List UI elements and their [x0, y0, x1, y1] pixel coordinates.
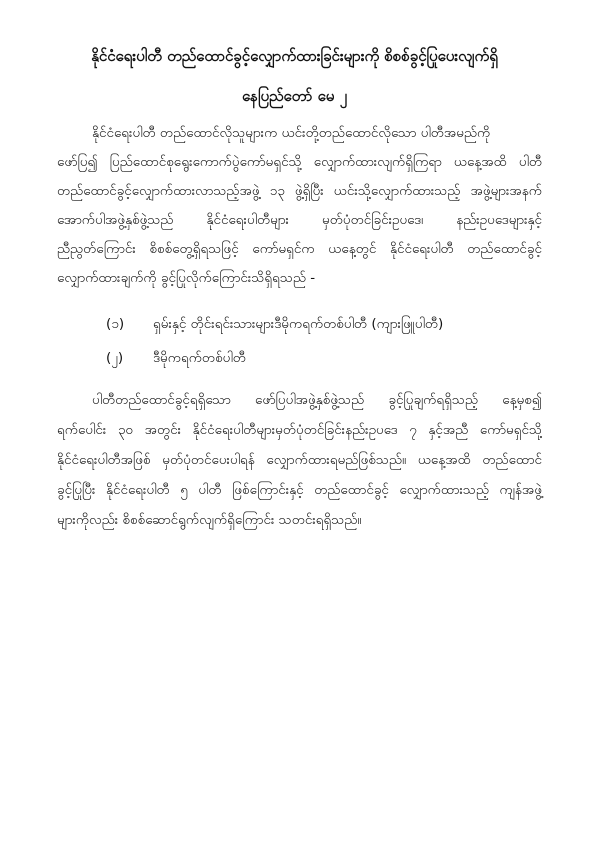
paragraph-line: ရက်ပေါင်း ၃၀ အတွင်း နိုင်ငံရေးပါတီများမှ… — [57, 420, 542, 440]
paragraph-line: တည်ထောင်ခွင့်လျှောက်ထားလာသည့်အဖွဲ့ ၁၃ ဖွ… — [57, 181, 542, 201]
paragraph-line: ခွင့်ပြုပြီး နိုင်ငံရေးပါတီ ၅ ပါတီ ဖြစ်က… — [57, 480, 542, 500]
paragraph-line: နိုင်ငံရေးပါတီ တည်ထောင်လိုသူများက ယင်းတိ… — [92, 123, 490, 143]
paragraph-line: နိုင်ငံရေးပါတီအဖြစ် မှတ်ပုံတင်ပေးပါရန် လ… — [57, 450, 542, 470]
list-item-text: ဒီမိုကရက်တစ်ပါတီ — [153, 348, 246, 368]
document-page: နိုင်ငံရေးပါတီ တည်ထောင်ခွင့်လျှောက်ထားခြ… — [0, 0, 589, 852]
list-item-text: ရှမ်းနှင့် တိုင်းရင်းသားများဒီမိုကရက်တစ်… — [153, 314, 443, 334]
paragraph-line: များကိုလည်း စိစစ်ဆောင်ရွက်လျက်ရှိကြောင်း… — [57, 510, 362, 530]
paragraph-line: ဖော်ပြ၍ ပြည်ထောင်စုရွေးကောက်ပွဲကော်မရှင်… — [57, 152, 542, 172]
dateline: နေပြည်တော် မေ ၂ — [40, 86, 549, 106]
headline: နိုင်ငံရေးပါတီ တည်ထောင်ခွင့်လျှောက်ထားခြ… — [40, 46, 549, 66]
paragraph-line: ညီညွတ်ကြောင်း စိစစ်တွေ့ရှိရသဖြင့် ကော်မရ… — [57, 239, 542, 259]
list-item-number: (၁) — [106, 314, 124, 334]
paragraph-line: အောက်ပါအဖွဲ့နှစ်ဖွဲ့သည် နိုင်ငံရေးပါတီမျ… — [57, 210, 542, 230]
paragraph-line: ပါတီတည်ထောင်ခွင့်ရရှိသော ဖော်ပြပါအဖွဲ့နှ… — [92, 390, 542, 410]
list-item-number: (၂) — [106, 348, 123, 368]
paragraph-line: လျှောက်ထားချက်ကို ခွင့်ပြုလိုက်ကြောင်းသိ… — [57, 268, 315, 288]
